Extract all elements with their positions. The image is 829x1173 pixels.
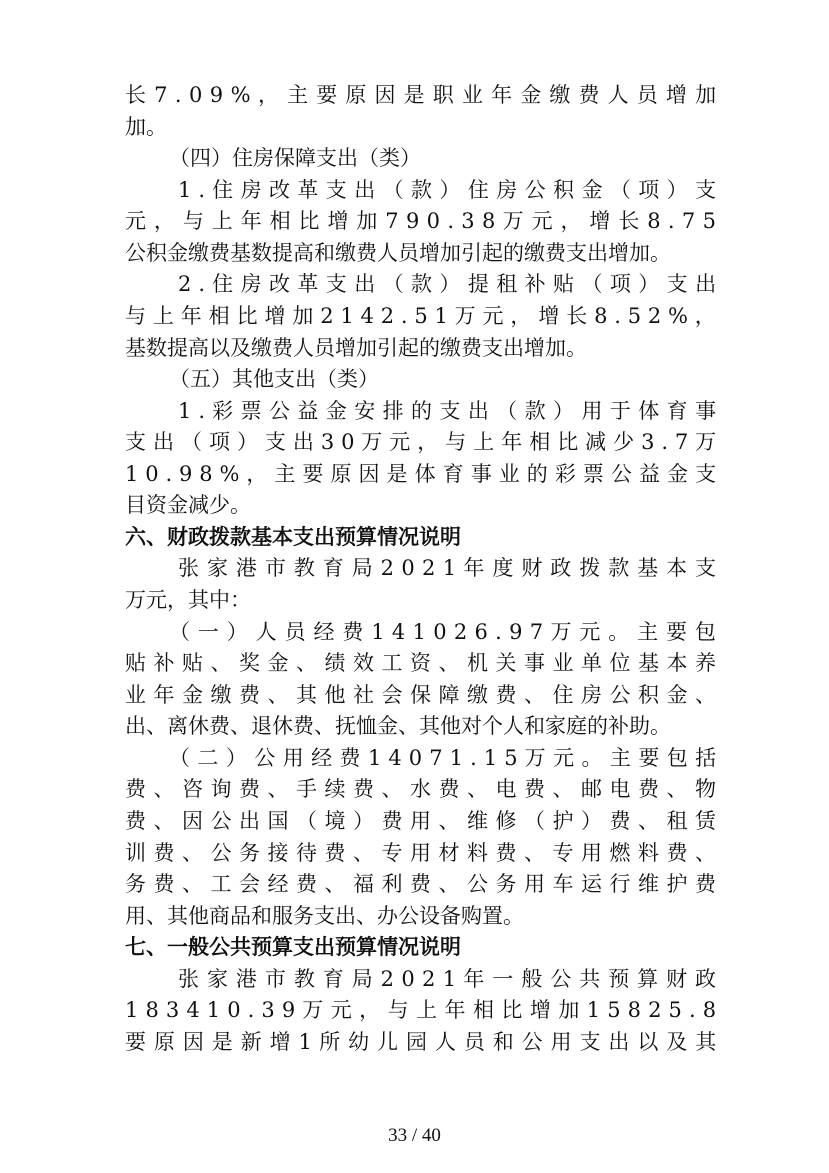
text-line: 用、其他商品和服务支出、办公设备购置。 xyxy=(125,901,716,933)
text-line: 加。 xyxy=(125,112,716,144)
section-subheading: （五）其他支出（类） xyxy=(125,364,716,396)
text-line: 2​ .​ 住​ 房​ 改​ 革​ 支​ 出​ （​ 款​ ）​ 提​ 租​ 补… xyxy=(125,269,716,301)
text-line: 万元，其中： xyxy=(125,585,716,617)
text-line: （​ 二​ ）​ 公​ 用​ 经​ 费​ 1​ 4​ 0​ 7​ 1​ .​ 1… xyxy=(125,743,716,775)
text-line: 与​ 上​ 年​ 相​ 比​ 增​ 加​ 2​ 1​ 4​ 2​ .​ 5​ 1… xyxy=(125,301,716,333)
text-line: 出、离休费、退休费、抚恤金、其他对个人和家庭的补助。 xyxy=(125,711,716,743)
text-line: 费​ 、​ 因​ 公​ 出​ 国​ （​ 境​ ）​ 费​ 用​ 、​ 维​ 修… xyxy=(125,806,716,838)
page-number: 33 / 40 xyxy=(0,1125,829,1147)
text-line: 业​ 年​ 金​ 缴​ 费​ 、​ 其​ 他​ 社​ 会​ 保​ 障​ 缴​ 费… xyxy=(125,680,716,712)
text-line: 支​ 出​ （​ 项​ ）​ 支​ 出​ 3​ 0​ 万​ 元​ ，​ 与​ 上… xyxy=(125,427,716,459)
text-line: 公积金缴费基数提高和缴费人员增加引起的缴费支出增加。 xyxy=(125,238,716,270)
text-line: 长​ 7​ .​ 0​ 9​ %​ ，​ 主​ 要​ 原​ 因​ 是​ 职​ 业… xyxy=(125,80,716,112)
text-line: 要​ 原​ 因​ 是​ 新​ 增​ 1​ 所​ 幼​ 儿​ 园​ 人​ 员​ 和… xyxy=(125,1027,716,1059)
text-line: 贴​ 补​ 贴​ 、​ 奖​ 金​ 、​ 绩​ 效​ 工​ 资​ 、​ 机​ 关… xyxy=(125,648,716,680)
section-heading: 六、财政拨款基本支出预算情况说明 xyxy=(125,522,716,554)
text-line: 1​ 8​ 3​ 4​ 1​ 0​ .​ 3​ 9​ 万​ 元​ ，​ 与​ 上… xyxy=(125,995,716,1027)
text-line: 张​ 家​ 港​ 市​ 教​ 育​ 局​ 2​ 0​ 2​ 1​ 年​ 一​ 般… xyxy=(125,964,716,996)
document-page: 长​ 7​ .​ 0​ 9​ %​ ，​ 主​ 要​ 原​ 因​ 是​ 职​ 业… xyxy=(0,0,829,1173)
text-line: 1​ 0​ .​ 9​ 8​ %​ ，​ 主​ 要​ 原​ 因​ 是​ 体​ 育… xyxy=(125,459,716,491)
text-line: 基数提高以及缴费人员增加引起的缴费支出增加。 xyxy=(125,333,716,365)
document-body: 长​ 7​ .​ 0​ 9​ %​ ，​ 主​ 要​ 原​ 因​ 是​ 职​ 业… xyxy=(125,80,716,1058)
text-line: 训​ 费​ 、​ 公​ 务​ 接​ 待​ 费​ 、​ 专​ 用​ 材​ 料​ 费… xyxy=(125,838,716,870)
text-line: 1​ .​ 彩​ 票​ 公​ 益​ 金​ 安​ 排​ 的​ 支​ 出​ （​ 款… xyxy=(125,396,716,428)
text-line: 元​ ，​ 与​ 上​ 年​ 相​ 比​ 增​ 加​ 7​ 9​ 0​ .​ 3… xyxy=(125,206,716,238)
text-line: 务​ 费​ 、​ 工​ 会​ 经​ 费​ 、​ 福​ 利​ 费​ 、​ 公​ 务… xyxy=(125,869,716,901)
text-line: 费​ 、​ 咨​ 询​ 费​ 、​ 手​ 续​ 费​ 、​ 水​ 费​ 、​ 电… xyxy=(125,774,716,806)
text-line: （​ 一​ ）​ 人​ 员​ 经​ 费​ 1​ 4​ 1​ 0​ 2​ 6​ .… xyxy=(125,617,716,649)
section-heading: 七、一般公共预算支出预算情况说明 xyxy=(125,932,716,964)
text-line: 1​ .​ 住​ 房​ 改​ 革​ 支​ 出​ （​ 款​ ）​ 住​ 房​ 公… xyxy=(125,175,716,207)
text-line: 张​ 家​ 港​ 市​ 教​ 育​ 局​ 2​ 0​ 2​ 1​ 年​ 度​ 财… xyxy=(125,553,716,585)
text-line: 目资金减少。 xyxy=(125,490,716,522)
section-subheading: （四）住房保障支出（类） xyxy=(125,143,716,175)
